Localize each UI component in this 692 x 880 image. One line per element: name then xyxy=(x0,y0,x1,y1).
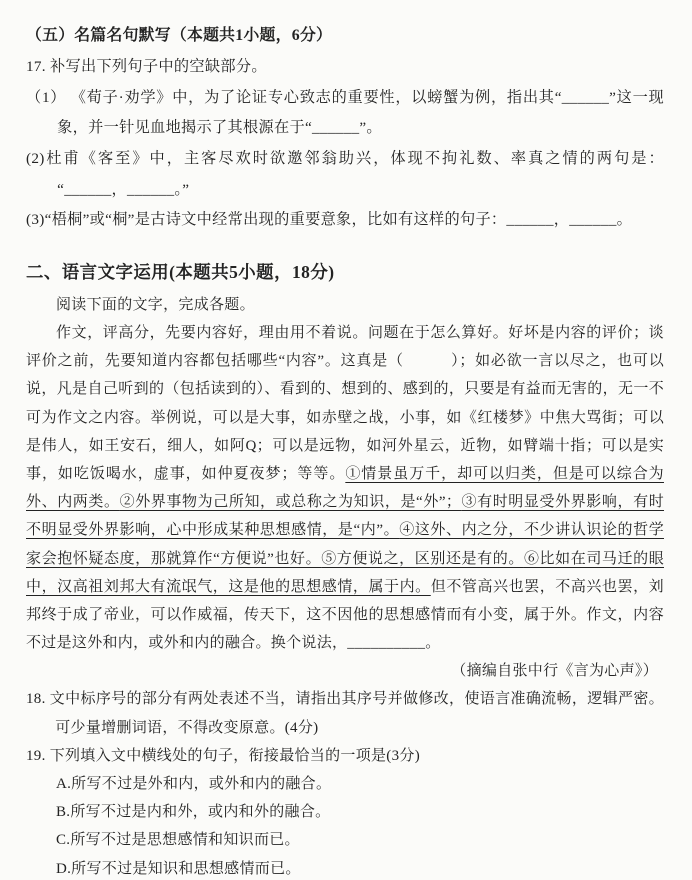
q17-item-3: (3)“梧桐”或“桐”是古诗文中经常出现的重要意象，比如有这样的句子：_____… xyxy=(26,205,664,236)
reading-instruction: 阅读下面的文字，完成各题。 xyxy=(26,291,664,319)
underlined-sentence-2: ②外界事物为己所知，或总称之为知识，是“外”； xyxy=(120,494,462,510)
q19-option-a: A.所写不过是外和内，或外和内的融合。 xyxy=(56,770,664,798)
passage-opening: 作文，评高分，先要内容好，理由用不着说。问题在于怎么算好。好坏是内容的评价；谈评… xyxy=(26,325,664,482)
dictation-section-heading: （五）名篇名句默写（本题共1小题，6分） xyxy=(26,20,664,52)
dictation-section: （五）名篇名句默写（本题共1小题，6分） 17. 补写出下列句子中的空缺部分。 … xyxy=(26,20,664,236)
q19-stem: 19. 下列填入文中横线处的句子，衔接最恰当的一项是(3分) xyxy=(26,742,664,770)
q19-option-b: B.所写不过是内和外，或内和外的融合。 xyxy=(56,798,664,826)
q19-option-d: D.所写不过是知识和思想感情而已。 xyxy=(56,855,664,880)
exam-page: （五）名篇名句默写（本题共1小题，6分） 17. 补写出下列句子中的空缺部分。 … xyxy=(0,0,692,880)
q17-item-2: (2)杜甫《客至》中，主客尽欢时欲邀邻翁助兴，体现不拘礼数、率真之情的两句是：“… xyxy=(26,144,664,205)
passage-attribution: （摘编自张中行《言为心声》） xyxy=(26,657,664,685)
q19-option-c: C.所写不过是思想感情和知识而已。 xyxy=(56,826,664,854)
q17-item-1: （1） 《荀子·劝学》中，为了论证专心致志的重要性，以螃蟹为例，指出其“____… xyxy=(26,83,664,144)
passage-paragraph: 作文，评高分，先要内容好，理由用不着说。问题在于怎么算好。好坏是内容的评价；谈评… xyxy=(26,319,664,657)
language-use-section-heading: 二、语言文字运用(本题共5小题，18分) xyxy=(26,256,664,289)
underlined-sentence-5: ⑤方便说之，区别还是有的。 xyxy=(321,551,524,567)
q18-stem: 18. 文中标序号的部分有两处表述不当，请指出其序号并做修改，使语言准确流畅，逻… xyxy=(26,685,664,741)
q17-stem: 17. 补写出下列句子中的空缺部分。 xyxy=(26,52,664,83)
language-use-section: 二、语言文字运用(本题共5小题，18分) 阅读下面的文字，完成各题。 作文，评高… xyxy=(26,256,664,880)
